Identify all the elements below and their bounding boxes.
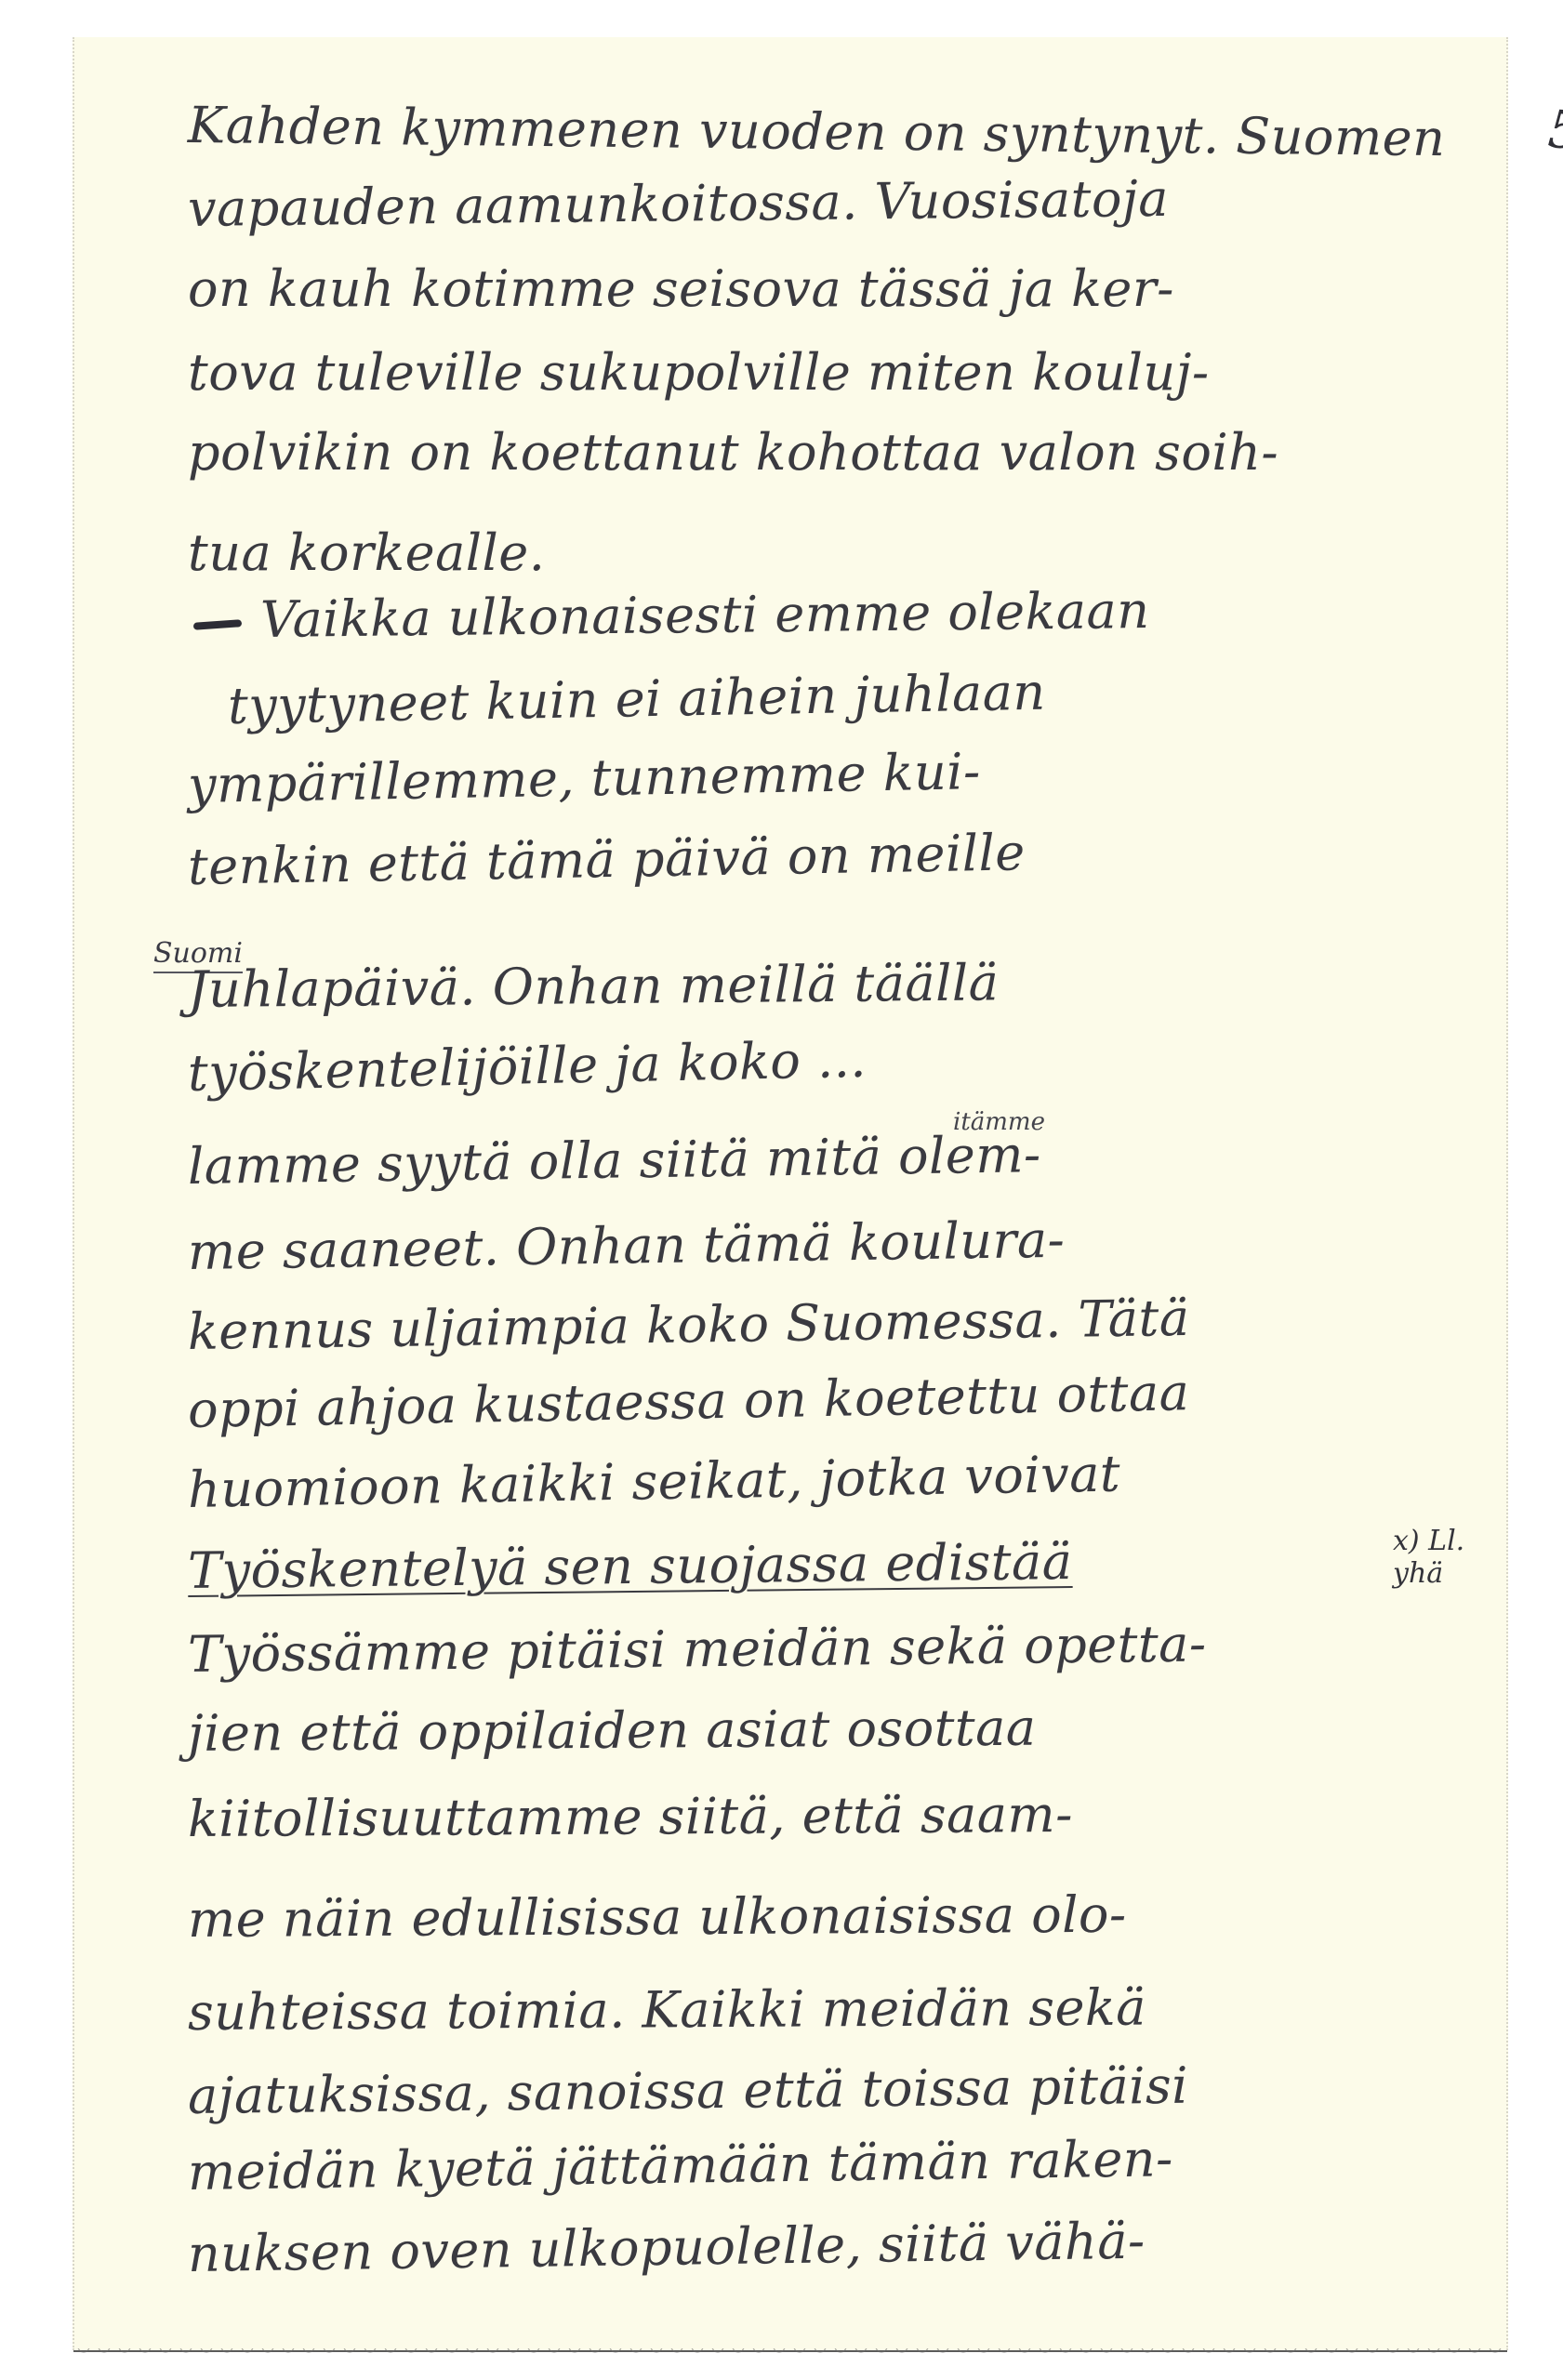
text-line: polvikin on koettanut kohottaa valon soi… bbox=[188, 420, 1563, 485]
text-line: jien että oppilaiden asiat osottaa bbox=[188, 1692, 1563, 1766]
text-line: tenkin että tämä päivä on meille bbox=[187, 811, 1563, 900]
text-line: tova tuleville sukupolville miten kouluj… bbox=[188, 340, 1563, 405]
text-line: on kauh kotimme seisova tässä ja ker- bbox=[188, 257, 1563, 322]
text-line-content: on kauh kotimme seisova tässä ja ker- bbox=[188, 259, 1174, 318]
text-line: kiitollisuuttamme siitä, että saam- bbox=[188, 1779, 1563, 1852]
text-line: meidän kyetä jättämään tämän raken- bbox=[188, 2121, 1563, 2205]
text-line: lamme syytä olla siitä mitä olem- bbox=[188, 1115, 1563, 1199]
text-line: me näin edullisissa ulkonaisissa olo- bbox=[188, 1880, 1563, 1952]
text-line: me saaneet. Onhan tämä koulura- bbox=[188, 1200, 1563, 1285]
handwritten-text: Kahden kymmenen vuoden on syntynyt. Suom… bbox=[74, 37, 1506, 2350]
text-line: tyytyneet kuin ei aihein juhlaan bbox=[227, 650, 1563, 739]
text-line: nuksen oven ulkopuolelle, siitä vähä- bbox=[188, 2202, 1563, 2287]
text-line: ympärillemme, tunnemme kui- bbox=[187, 729, 1563, 818]
text-line-underlined: Työskentelyä sen suojassa edistää bbox=[188, 1525, 1563, 1604]
text-line: oppi ahjoa kustaessa on koetettu ottaa bbox=[187, 1354, 1563, 1443]
text-line: työskentelijöille ja koko ... bbox=[187, 1012, 1563, 1106]
text-line: ajatuksissa, sanoissa että toissa pitäis… bbox=[188, 2050, 1563, 2129]
text-line: Vaikka ulkonaisesti emme olekaan bbox=[260, 574, 1563, 653]
text-line: Juhlapäivä. Onhan meillä täällä bbox=[188, 945, 1563, 1023]
text-line: huomioon kaikki seikat, jotka voivat bbox=[187, 1434, 1563, 1523]
manuscript-page: 5 Kahden kymmenen vuoden on syntynyt. Su… bbox=[73, 37, 1508, 2350]
text-line: Työssämme pitäisi meidän sekä opetta- bbox=[188, 1608, 1563, 1687]
text-line: suhteissa toimia. Kaikki meidän sekä bbox=[188, 1973, 1563, 2045]
paragraph-dash bbox=[193, 619, 242, 630]
text-line: kennus uljaimpia koko Suomessa. Tätä bbox=[188, 1280, 1563, 1365]
footnote-marker: x) Ll. yhä bbox=[1393, 1525, 1506, 1590]
text-line: Kahden kymmenen vuoden on syntynyt. Suom… bbox=[188, 93, 1563, 172]
text-line: vapauden aamunkoitossa. Vuosisatoja bbox=[188, 163, 1563, 242]
